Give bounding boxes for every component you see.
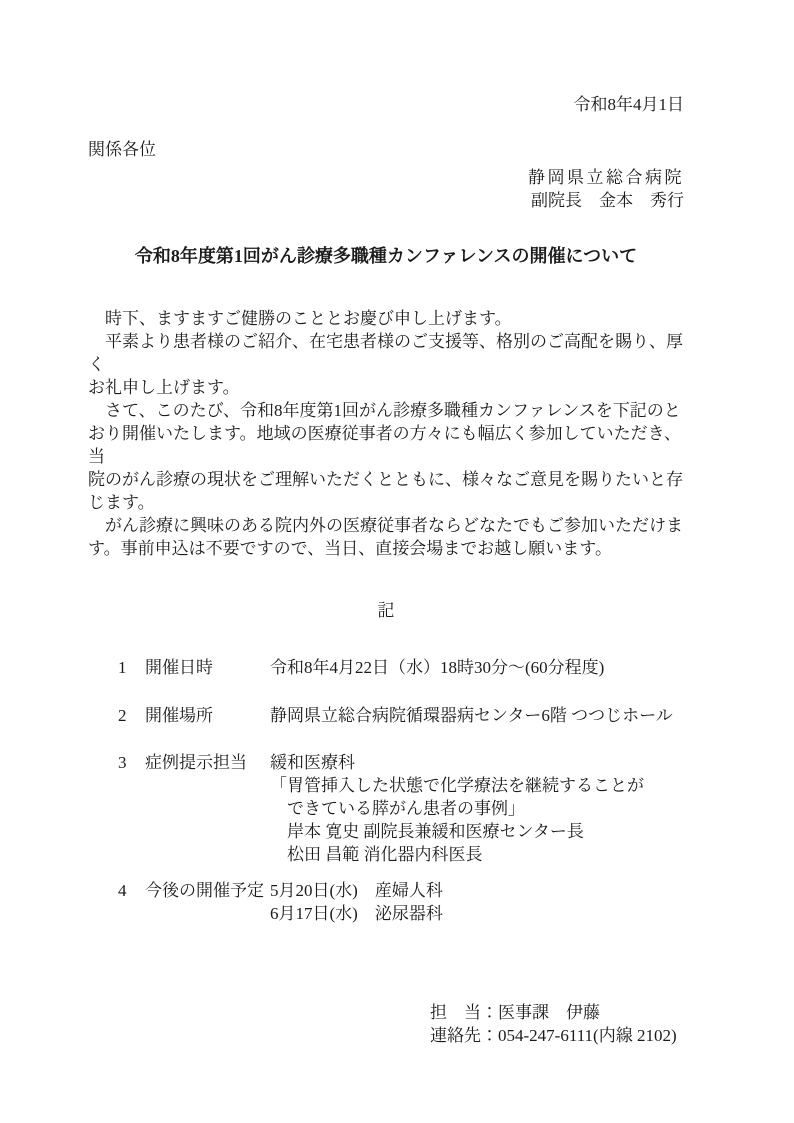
item-value: 静岡県立総合病院循環器病センター6階 つつじホール — [270, 704, 684, 727]
document-date: 令和8年4月1日 — [88, 93, 684, 116]
list-item: 2開催場所静岡県立総合病院循環器病センター6階 つつじホール — [88, 704, 684, 727]
body-line: 院のがん診療の現状をご理解いただくとともに、様々なご意見を賜りたいと存 — [88, 468, 684, 491]
item-label: 症例提示担当 — [145, 751, 270, 774]
item-line: 静岡県立総合病院循環器病センター6階 つつじホール — [270, 704, 684, 727]
footer-contact-block: 担 当：医事課 伊藤 連絡先：054-247-6111(内線 2102) — [430, 1001, 684, 1047]
list-item: 3症例提示担当緩和医療科「胃管挿入した状態で化学療法を継続することが できている… — [88, 751, 684, 866]
body-text: 時下、ますますご健勝のこととお慶び申し上げます。 平素より患者様のご紹介、在宅患… — [88, 307, 684, 560]
item-label: 開催日時 — [145, 656, 270, 679]
item-line: 岸本 寛史 副院長兼緩和医療センター長 — [270, 820, 684, 843]
item-line: 5月20日(水) 産婦人科 — [270, 879, 684, 902]
item-label: 開催場所 — [145, 704, 270, 727]
body-line: す。事前申込は不要ですので、当日、直接会場までお越し願います。 — [88, 537, 684, 560]
document-page: 令和8年4月1日 関係各位 静岡県立総合病院 副院長 金本 秀行 令和8年度第1… — [0, 0, 794, 1123]
list-item: 4今後の開催予定5月20日(水) 産婦人科6月17日(水) 泌尿器科 — [88, 879, 684, 925]
body-line: じます。 — [88, 491, 684, 514]
item-number: 3 — [118, 751, 145, 774]
list-item: 1開催日時令和8年4月22日（水）18時30分～(60分程度) — [88, 656, 684, 679]
item-value: 緩和医療科「胃管挿入した状態で化学療法を継続することが できている膵がん患者の事… — [270, 751, 684, 866]
body-line: 時下、ますますご健勝のこととお慶び申し上げます。 — [88, 307, 684, 330]
body-line: がん診療に興味のある院内外の医療従事者ならどなたでもご参加いただけま — [88, 514, 684, 537]
item-line: 松田 昌範 消化器内科医長 — [270, 843, 684, 866]
body-line: さて、このたび、令和8年度第1回がん診療多職種カンファレンスを下記のと — [88, 399, 684, 422]
item-line: できている膵がん患者の事例」 — [270, 797, 684, 820]
item-line: 6月17日(水) 泌尿器科 — [270, 902, 684, 925]
body-line: 平素より患者様のご紹介、在宅患者様のご支援等、格別のご高配を賜り、厚く — [88, 330, 684, 376]
item-value: 5月20日(水) 産婦人科6月17日(水) 泌尿器科 — [270, 879, 684, 925]
record-marker: 記 — [88, 599, 684, 622]
item-value: 令和8年4月22日（水）18時30分～(60分程度) — [270, 656, 684, 679]
recipient: 関係各位 — [88, 138, 684, 161]
sender-title-name: 副院長 金本 秀行 — [88, 189, 684, 212]
sender-block: 静岡県立総合病院 副院長 金本 秀行 — [88, 166, 684, 212]
item-label: 今後の開催予定 — [145, 879, 270, 902]
item-number: 4 — [118, 879, 145, 902]
document-title: 令和8年度第1回がん診療多職種カンファレンスの開催について — [88, 245, 684, 268]
body-line: おり開催いたします。地域の医療従事者の方々にも幅広く参加していただき、当 — [88, 422, 684, 468]
contact-person: 担 当：医事課 伊藤 — [430, 1001, 684, 1024]
item-line: 緩和医療科 — [270, 751, 684, 774]
item-number: 2 — [118, 704, 145, 727]
body-line: お礼申し上げます。 — [88, 376, 684, 399]
contact-phone: 連絡先：054-247-6111(内線 2102) — [430, 1024, 684, 1047]
items-list: 1開催日時令和8年4月22日（水）18時30分～(60分程度)2開催場所静岡県立… — [88, 656, 684, 925]
item-line: 令和8年4月22日（水）18時30分～(60分程度) — [270, 656, 684, 679]
item-line: 「胃管挿入した状態で化学療法を継続することが — [270, 774, 684, 797]
sender-organization: 静岡県立総合病院 — [88, 166, 684, 189]
item-number: 1 — [118, 656, 145, 679]
